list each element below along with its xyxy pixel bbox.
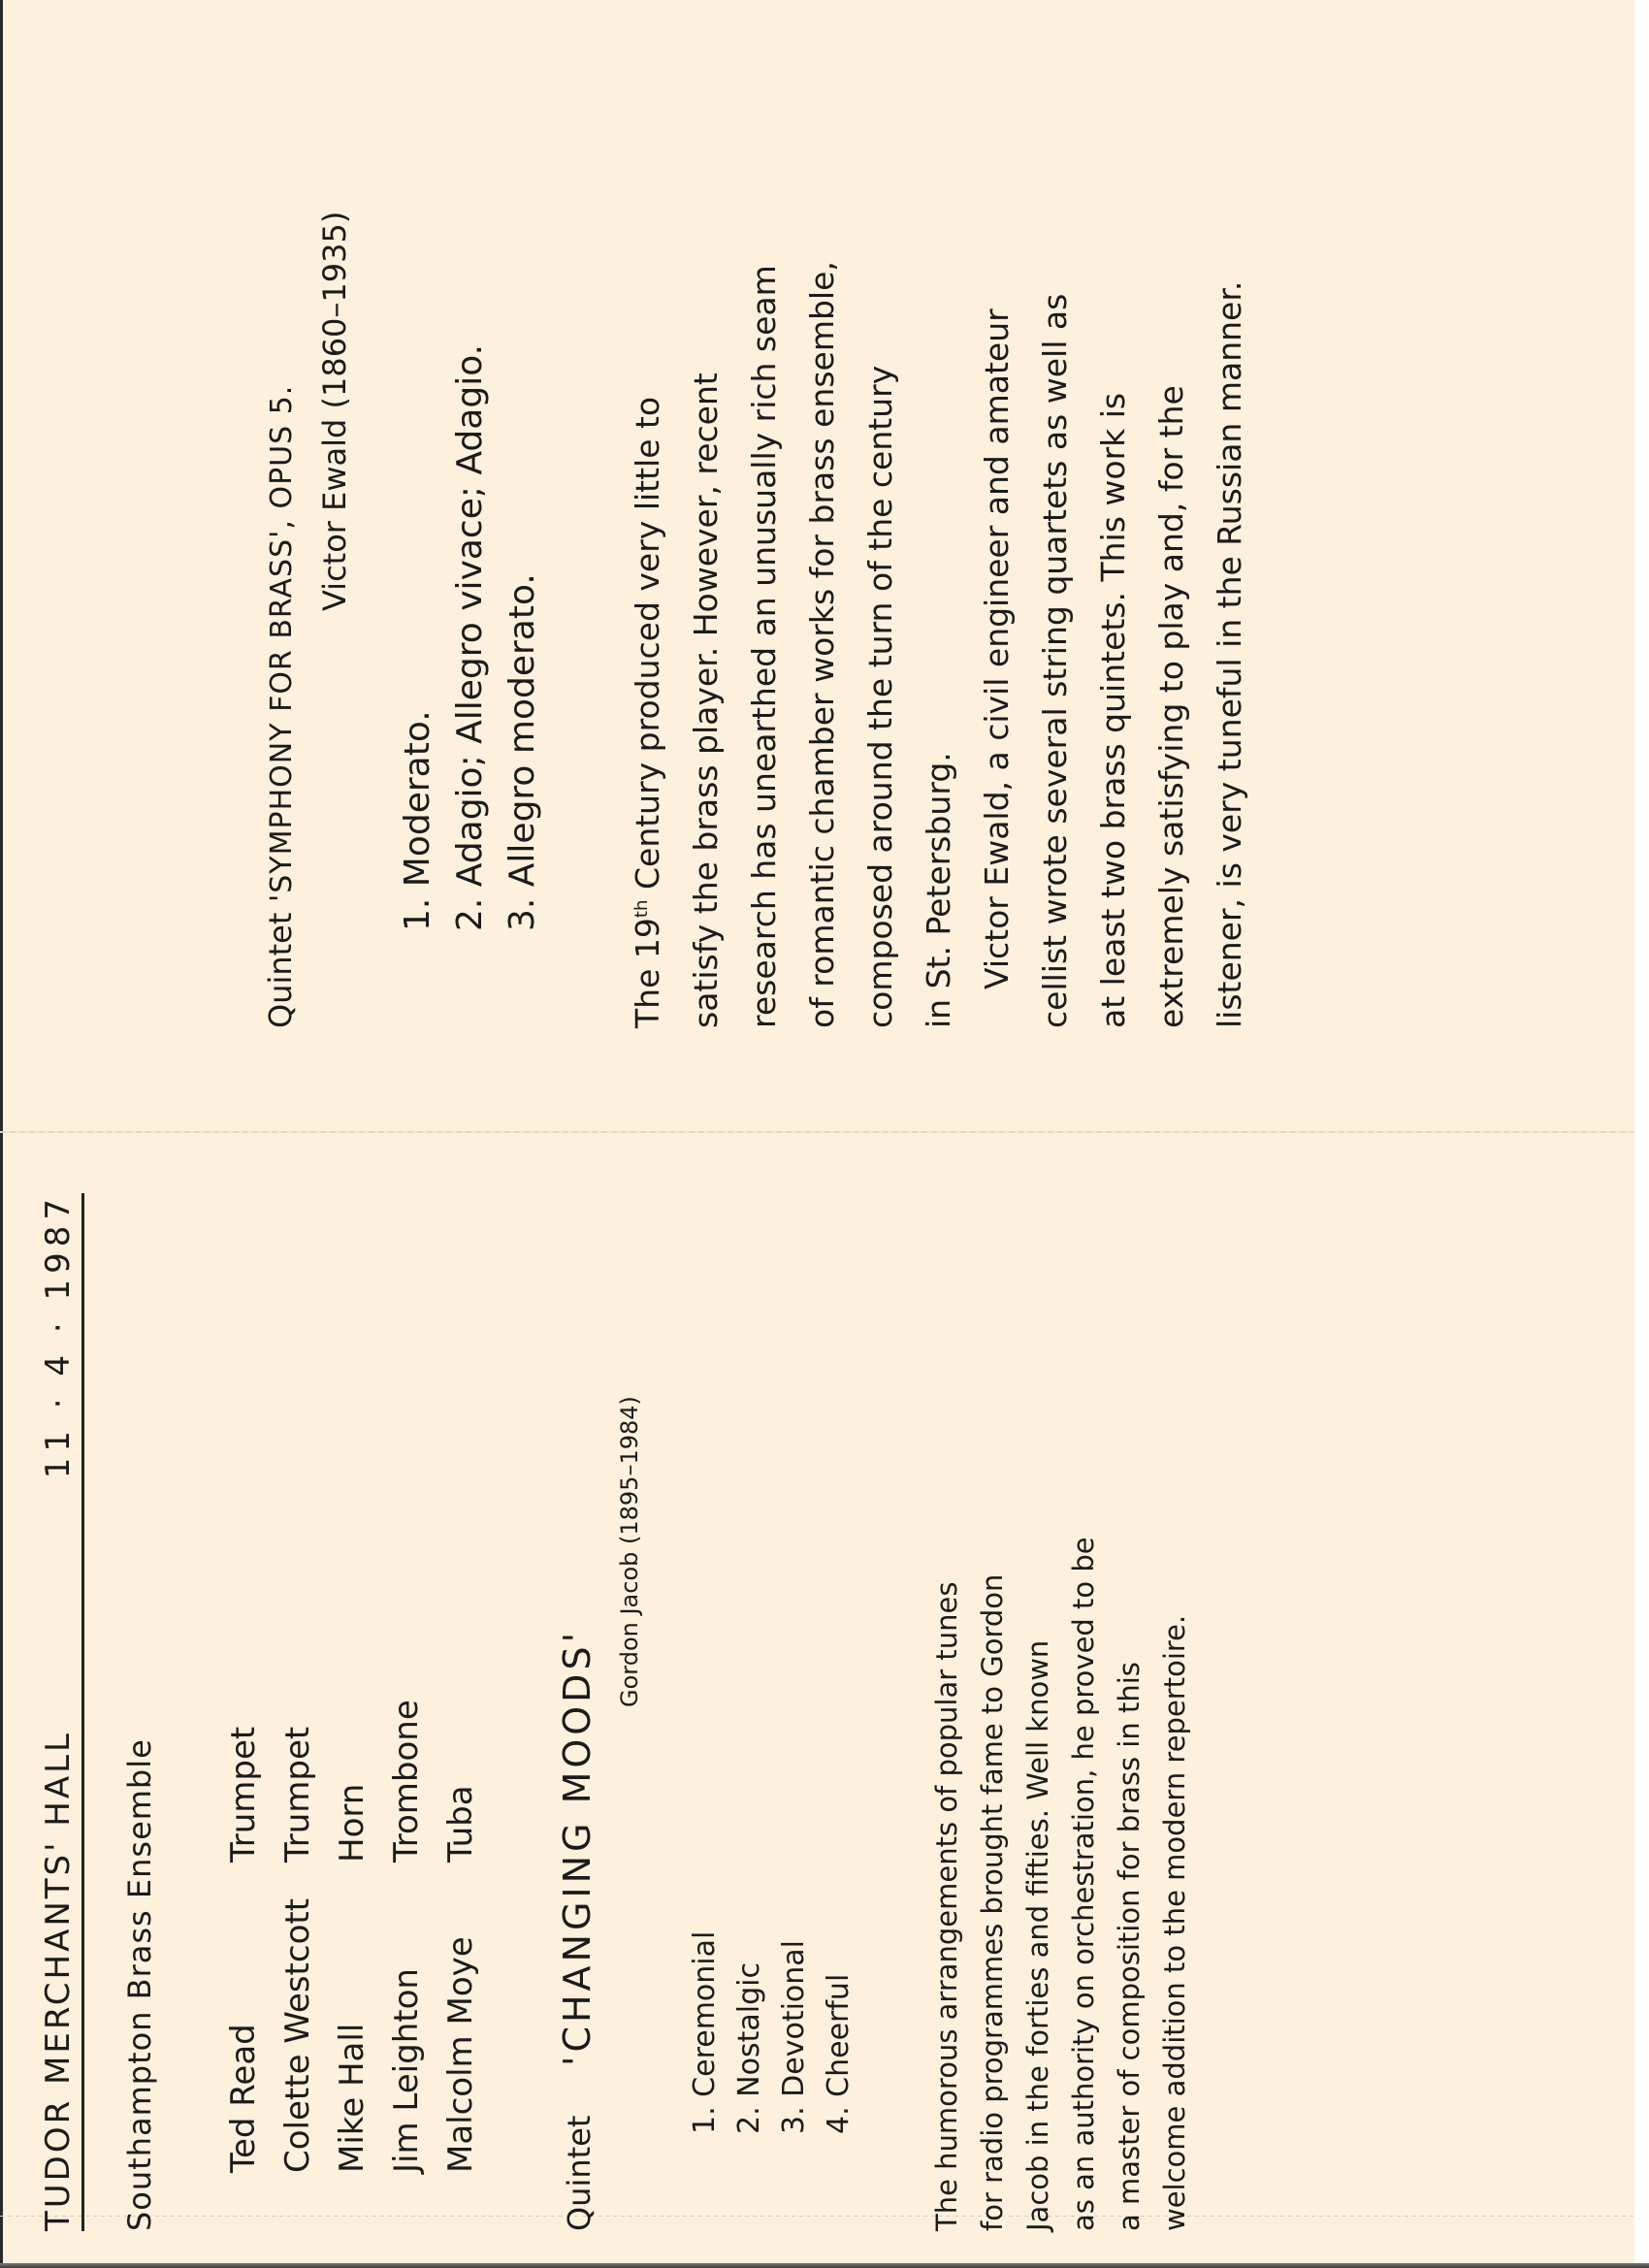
piece-title: 'SYMPHONY FOR BRASS', OPUS 5. <box>265 385 299 902</box>
programme-header: TUDOR MERCHANTS' HALL 11 · 4 · 1987 <box>39 1193 84 2231</box>
note-line: cellist wrote several string quartets as… <box>1026 58 1084 1028</box>
note-line: The 19th Century produced very little to <box>613 58 677 1028</box>
note-line: a master of composition for brass in thi… <box>1107 1358 1152 2231</box>
note-line: satisfy the brass player. However, recen… <box>677 58 735 1028</box>
performer-name: Jim Leighton <box>387 1863 426 2173</box>
movement-item: 3. Allegro moderato. <box>502 10 555 931</box>
movement-list: 1. Ceremonial 2. Nostalgic 3. Devotional… <box>688 1164 866 2134</box>
piece-kind: Quintet <box>262 902 299 1028</box>
piece-composer: Victor Ewald (1860–1935) <box>316 10 353 611</box>
performer-name: Ted Read <box>224 1863 263 2173</box>
programme-right-panel: Quintet 'SYMPHONY FOR BRASS', OPUS 5. Vi… <box>262 10 1620 1028</box>
movement-list: 1. Moderato. 2. Adagio; Allegro vivace; … <box>398 10 555 931</box>
ensemble-name: Southampton Brass Ensemble <box>121 1164 158 2231</box>
programme-notes: The humorous arrangements of popular tun… <box>924 1358 1198 2231</box>
note-line: at least two brass quintets. This work i… <box>1084 58 1143 1028</box>
piece-heading: Quintet 'CHANGING MOODS' <box>556 1164 598 2231</box>
concert-date: 11 · 4 · 1987 <box>39 1193 78 1478</box>
note-line: Jacob in the forties and fifties. Well k… <box>1016 1358 1061 2231</box>
note-line: in St. Petersburg. <box>910 58 968 1028</box>
performer-instrument: Trumpet <box>224 1727 263 1863</box>
venue-title: TUDOR MERCHANTS' HALL <box>39 1478 78 2231</box>
performer-name: Malcolm Moye <box>441 1863 480 2173</box>
movement-item: 2. Nostalgic <box>732 1164 777 2134</box>
movement-item: 2. Adagio; Allegro vivace; Adagio. <box>450 10 502 931</box>
note-text: Century produced very little to <box>629 397 666 900</box>
note-line: welcome addition to the modern repertoir… <box>1152 1358 1198 2231</box>
performer-name: Colette Westcott <box>278 1863 317 2173</box>
note-line: extremely satisfying to play and, for th… <box>1143 58 1201 1028</box>
note-line: Victor Ewald, a civil engineer and amate… <box>968 58 1026 1028</box>
movement-item: 1. Moderato. <box>398 10 450 931</box>
roster-list: Ted Read Trumpet Colette Westcott Trumpe… <box>216 1164 488 2173</box>
movement-item: 4. Cheerful <box>822 1164 866 2134</box>
note-lead: The 19 <box>629 918 666 1028</box>
piece-composer: Gordon Jacob (1895–1984) <box>616 1164 643 1707</box>
roster-row: Mike Hall Horn <box>325 1164 379 2173</box>
roster-row: Colette Westcott Trumpet <box>271 1164 325 2173</box>
movement-item: 1. Ceremonial <box>688 1164 732 2134</box>
piece-kind: Quintet <box>561 2066 598 2231</box>
movement-item: 3. Devotional <box>777 1164 822 2134</box>
ordinal-suffix: th <box>631 900 652 919</box>
performer-instrument: Horn <box>333 1784 372 1863</box>
programme-notes: The 19th Century produced very little to… <box>613 58 1259 1028</box>
scan-margin <box>1634 0 1649 2263</box>
note-line: of romantic chamber works for brass ense… <box>793 58 852 1028</box>
roster-row: Jim Leighton Trombone <box>379 1164 434 2173</box>
fold-crease <box>0 1131 1634 1133</box>
roster-row: Ted Read Trumpet <box>216 1164 271 2173</box>
note-line: listener, is very tuneful in the Russian… <box>1201 58 1259 1028</box>
note-line: The humorous arrangements of popular tun… <box>924 1358 970 2231</box>
scan-edge-shadow <box>0 2263 1649 2268</box>
performer-instrument: Trumpet <box>278 1727 317 1863</box>
note-line: composed around the turn of the century <box>852 58 910 1028</box>
performer-instrument: Tuba <box>441 1785 480 1863</box>
note-line: research has unearthed an unusually rich… <box>735 58 793 1028</box>
piece-title: 'CHANGING MOODS' <box>556 1629 598 2066</box>
note-line: as an authority on orchestration, he pro… <box>1061 1358 1107 2231</box>
note-line: for radio programmes brought fame to Gor… <box>970 1358 1016 2231</box>
programme-left-panel: TUDOR MERCHANTS' HALL 11 · 4 · 1987 Sout… <box>39 1164 1397 2231</box>
piece-heading: Quintet 'SYMPHONY FOR BRASS', OPUS 5. <box>262 10 299 1028</box>
performer-instrument: Trombone <box>387 1700 426 1863</box>
performer-name: Mike Hall <box>333 1863 372 2173</box>
roster-row: Malcolm Moye Tuba <box>434 1164 488 2173</box>
